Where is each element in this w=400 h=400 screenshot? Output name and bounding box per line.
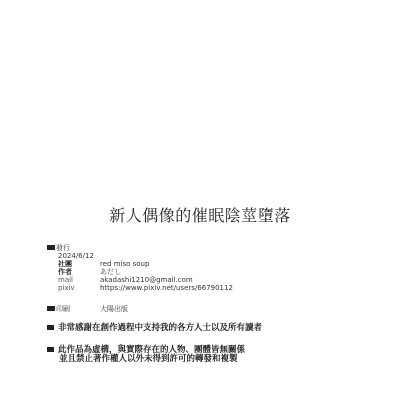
- printer-row: 印刷 大陽出版: [47, 305, 70, 313]
- disclaimer-line-2: 並且禁止著作權人以外未得到許可的轉發和複製: [47, 355, 245, 364]
- thanks-text: 非常感謝在創作過程中支持我的各方人士以及所有讀者: [58, 323, 262, 333]
- colophon-page: 新人偶像的催眠陰莖墮落 發行 2024/6/12 社團 red miso sou…: [0, 0, 400, 400]
- publish-date: 2024/6/12: [58, 252, 94, 260]
- mail-row: mail akadashi1210@gmail.com: [47, 276, 70, 284]
- publish-date-row: 2024/6/12: [47, 252, 70, 260]
- circle-row: 社團 red miso soup: [47, 260, 70, 268]
- disclaimer-note: 此作品為虛構，與實際存在的人物、團體皆無關係 並且禁止著作權人以外未得到許可的轉…: [47, 346, 245, 364]
- printer-value: 大陽出版: [100, 305, 128, 313]
- author-value: あだし: [100, 268, 121, 276]
- colophon-heading-row: 發行: [47, 244, 70, 252]
- thanks-note: 非常感謝在創作過程中支持我的各方人士以及所有讀者: [47, 324, 262, 333]
- bullet-square-icon: [47, 306, 55, 311]
- colophon-block: 發行 2024/6/12 社團 red miso soup 作者 あだし mai…: [47, 244, 70, 292]
- pixiv-row: pixiv https://www.pixiv.net/users/667901…: [47, 284, 70, 292]
- mail-value: akadashi1210@gmail.com: [100, 276, 193, 284]
- printer-label: 印刷: [56, 305, 70, 313]
- pixiv-value: https://www.pixiv.net/users/66790112: [100, 284, 233, 292]
- circle-value: red miso soup: [100, 260, 149, 268]
- mail-label: mail: [58, 276, 73, 284]
- circle-label: 社團: [58, 260, 72, 268]
- author-label: 作者: [58, 268, 72, 276]
- author-row: 作者 あだし: [47, 268, 70, 276]
- bullet-square-icon: [47, 245, 55, 250]
- bullet-square-icon: [47, 325, 54, 330]
- pixiv-label: pixiv: [58, 284, 75, 292]
- colophon-heading: 發行: [56, 244, 70, 252]
- bullet-square-icon: [47, 347, 54, 352]
- book-title: 新人偶像的催眠陰莖墮落: [0, 203, 400, 226]
